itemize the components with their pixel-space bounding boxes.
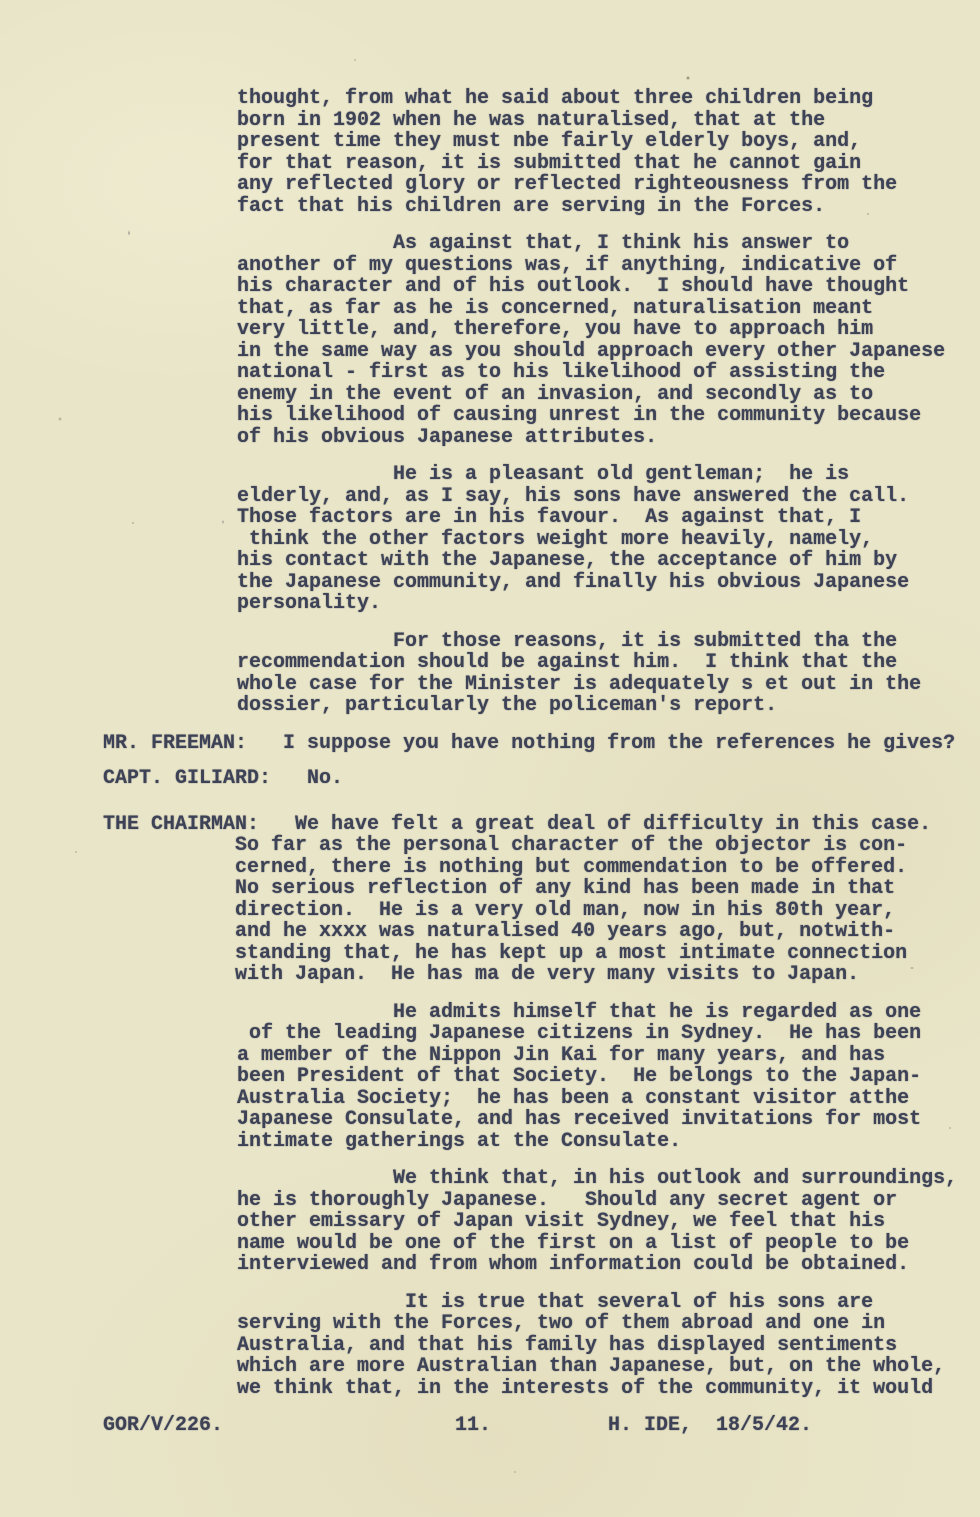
document-page: thought, from what he said about three c… (0, 0, 980, 1517)
paragraph: He admits himself that he is regarded as… (237, 1002, 950, 1153)
speaker-line-freeman: MR. FREEMAN: I suppose you have nothing … (103, 733, 950, 755)
paragraph: We think that, in his outlook and surrou… (237, 1168, 950, 1276)
paragraph: As against that, I think his answer to a… (237, 233, 950, 448)
paragraph: He is a pleasant old gentleman; he is el… (237, 464, 950, 615)
paragraph-continuation: thought, from what he said about three c… (237, 88, 950, 217)
signature-date: H. IDE, 18/5/42. (608, 1415, 812, 1437)
speaker-line-giliard: CAPT. GILIARD: No. (103, 768, 950, 790)
paragraph: It is true that several of his sons are … (237, 1292, 950, 1400)
chairman-statement: THE CHAIRMAN: We have felt a great deal … (103, 814, 950, 986)
page-number: 11. (455, 1415, 491, 1437)
page-footer: GOR/V/226. 11. H. IDE, 18/5/42. (103, 1415, 950, 1441)
paragraph: For those reasons, it is submitted tha t… (237, 631, 950, 717)
footer-reference: GOR/V/226. (103, 1415, 223, 1437)
